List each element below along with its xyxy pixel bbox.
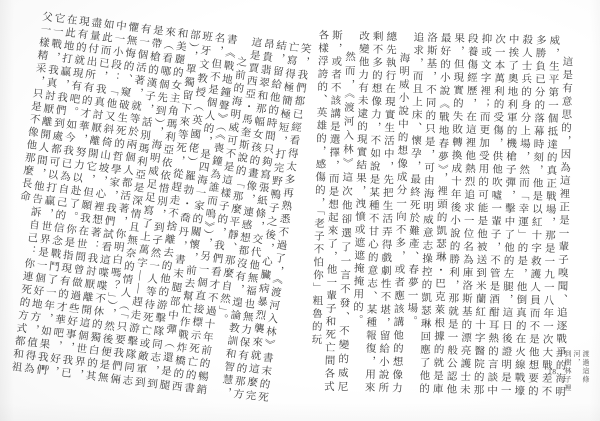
- right-page-text: 這是有意思的，因為這裡正是一輩子嗅聞、追逐戰爭的海明威，生平第一個抵達的真正戰場…: [384, 31, 574, 399]
- page-number-right: 18: [547, 367, 556, 376]
- paragraph: 然而，《渡河入林》這次他卻選了一言不發、不變的威尼斯，或者不該講是選擇，而是想起…: [308, 29, 357, 394]
- paragraph: 這是有意思的，因為這裡正是一輩子嗅聞、追逐戰爭的海明威，生平第一個抵達的真正戰場…: [403, 31, 574, 399]
- paragraph: 海明威小說中的想像成分一向不多，或者應該講他的想像力總先執行在現實生活中，先把生…: [348, 30, 411, 395]
- paragraph: 之前的海明威可不是這樣子的，我們看才不過十年前的暢銷書《戰地鐘聲》（《喪鐘為誰而…: [0, 10, 250, 397]
- running-head-chapter-title: 渡過這條河， 到樹林子裡去: [554, 350, 590, 394]
- left-page-text: 笑，我們都已經看得太多再熟悉不過了，《渡河入林》書末的死亡寫得極簡極短，打完野鴨…: [37, 15, 312, 405]
- running-head-line-2: 到樹林子裡去: [554, 350, 572, 394]
- running-head-line-1: 渡過這條河，: [572, 350, 590, 394]
- page-number-left: 19: [40, 363, 50, 373]
